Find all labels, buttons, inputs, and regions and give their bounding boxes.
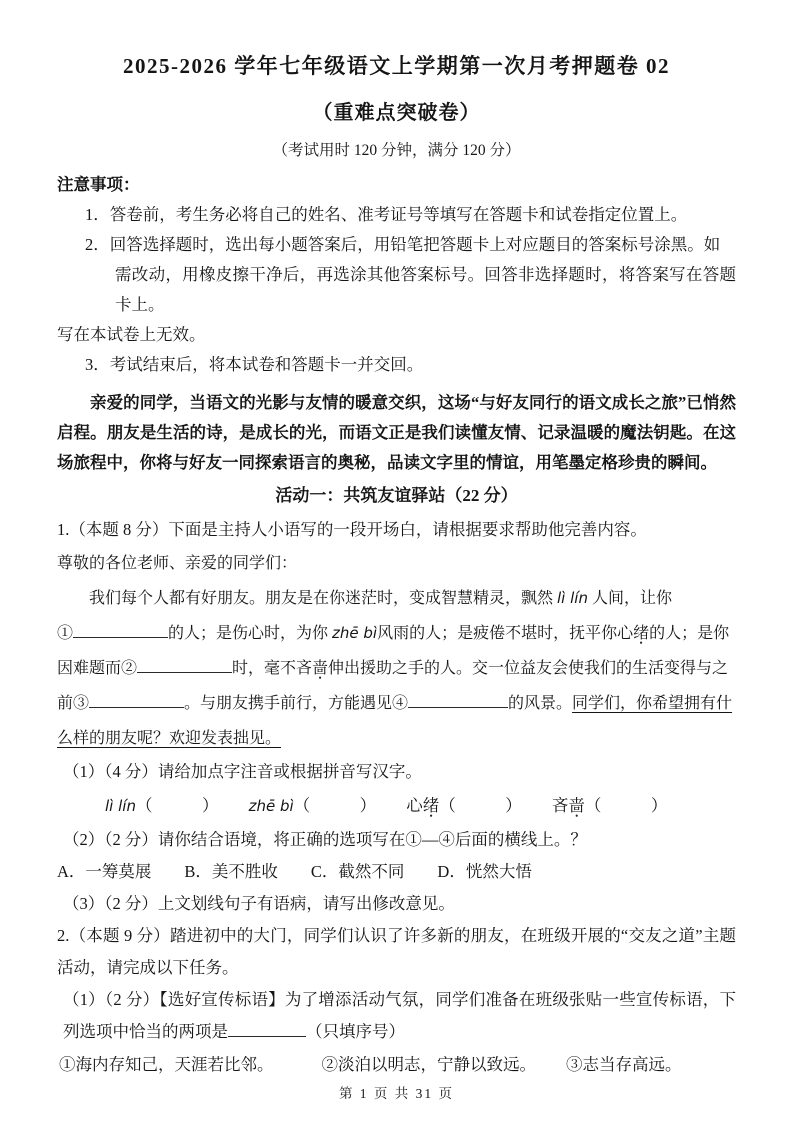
page-footer: 第 1 页 共 31 页 xyxy=(0,1082,793,1102)
notice-item-3: 3．考试结束后，将本试卷和答题卡一并交回。 xyxy=(85,350,736,380)
section-1-heading: 活动一：共筑友谊驿站（22 分） xyxy=(57,480,736,512)
blank-line-4 xyxy=(408,692,508,708)
question-1-speech: 尊敬的各位老师、亲爱的同学们： 我们每个人都有好朋友。朋友是在你迷茫时，变成智慧… xyxy=(57,546,736,756)
question-1-sub-1: （1）（4 分）请给加点字注音或根据拼音写汉字。 xyxy=(57,756,736,788)
speech-text: 前③ xyxy=(57,695,89,712)
pinyin-text: lì lín xyxy=(105,797,136,815)
speech-text: 的风景。 xyxy=(508,695,572,712)
answer-paren: （ ） xyxy=(294,796,377,815)
dotted-char: 绪 xyxy=(633,625,649,642)
question-2-stem: 2.（本题 9 分）踏进初中的大门，同学们认识了许多新的朋友，在班级开展的“交友… xyxy=(57,920,736,984)
speech-text: 时，毫不吝 xyxy=(232,660,312,677)
circled-number-1: ① xyxy=(57,625,73,642)
speech-text: 人间，让你 xyxy=(588,590,672,607)
question-2-sub-1-note: （只填序号） xyxy=(306,1022,405,1041)
speech-text: 风雨的人；是疲倦不堪时，抚平你心 xyxy=(377,625,633,642)
blank-line-1 xyxy=(73,622,168,638)
notice-item-2-line-1: 2．回答选择题时，选出每小题答案后，用铅笔把答题卡上对应题目的答案标号涂黑。如 xyxy=(85,230,736,260)
speech-line-4: 因难题而②时，毫不吝啬伸出援助之手的人。交一位益友会使我们的生活变得与之 xyxy=(57,651,736,686)
pinyin-group-1: lì lín（ ） xyxy=(105,796,218,815)
answer-paren: （ ） xyxy=(136,796,219,815)
notice-item-2-line-2: 需改动，用橡皮擦干净后，再选涂其他答案标号。回答非选择题时，将答案写在答题卡上。 xyxy=(115,260,736,320)
speech-line-5: 前③。与朋友携手前行，方能遇见④的风景。同学们，你希望拥有什 xyxy=(57,686,736,721)
notice-item-2-line-3: 写在本试卷上无效。 xyxy=(57,320,736,350)
exam-paper-page: 2025-2026 学年七年级语文上学期第一次月考押题卷 02 （重难点突破卷）… xyxy=(0,0,793,1122)
speech-greeting: 尊敬的各位老师、亲爱的同学们： xyxy=(57,546,736,581)
intro-paragraph: 亲爱的同学，当语文的光影与友情的暖意交织，这场“与好友同行的语文成长之旅”已悄然… xyxy=(57,388,736,478)
speech-text: 。与朋友携手前行，方能遇见④ xyxy=(184,695,408,712)
question-2-option-row: ①海内存知己，天涯若比邻。 ②淡泊以明志，宁静以致远。 ③志当存高远。 xyxy=(57,1048,736,1082)
pinyin-answer-row: lì lín（ ） zhē bì（ ） 心绪（ ） 吝啬（ ） xyxy=(57,788,736,824)
speech-text: 伸出援助之手的人。交一位益友会使我们的生活变得与之 xyxy=(328,660,728,677)
speech-text: 的人；是伤心时，为你 xyxy=(168,625,332,642)
question-1-stem: 1.（本题 8 分）下面是主持人小语写的一段开场白，请根据要求帮助他完善内容。 xyxy=(57,514,736,546)
word-group-2: 吝啬（ ） xyxy=(552,796,668,815)
dotted-char: 绪 xyxy=(423,796,440,815)
dotted-char: 啬 xyxy=(568,796,585,815)
exam-info: （考试用时 120 分钟，满分 120 分） xyxy=(57,138,736,160)
pinyin-group-2: zhē bì（ ） xyxy=(249,796,377,815)
speech-line-6: 么样的朋友呢？欢迎发表拙见。 xyxy=(57,721,736,756)
notices-section: 注意事项： 1．答卷前，考生务必将自己的姓名、准考证号等填写在答题卡和试卷指定位… xyxy=(57,170,736,380)
dotted-char: 啬 xyxy=(312,660,328,677)
q2-option-2: ②淡泊以明志，宁静以致远。 xyxy=(322,1048,537,1082)
q2-option-3: ③志当存高远。 xyxy=(566,1048,682,1082)
word-text: 吝 xyxy=(552,796,569,815)
word-group-1: 心绪（ ） xyxy=(406,796,522,815)
pinyin-text: zhē bì xyxy=(332,624,377,642)
speech-text: 我们每个人都有好朋友。朋友是在你迷茫时，变成智慧精灵，飘然 xyxy=(89,590,557,607)
blank-line-3 xyxy=(89,692,184,708)
page-title: 2025-2026 学年七年级语文上学期第一次月考押题卷 02 xyxy=(57,50,736,80)
pinyin-text: lì lín xyxy=(557,589,588,607)
underlined-sentence: 么样的朋友呢？欢迎发表拙见。 xyxy=(57,730,281,747)
blank-line-2 xyxy=(137,657,232,673)
page-subtitle: （重难点突破卷） xyxy=(57,96,736,125)
speech-text: 的人；是你 xyxy=(649,625,729,642)
question-1-sub-2: （2）（2 分）请你结合语境，将正确的选项写在①—④后面的横线上。？ xyxy=(57,824,736,856)
notice-item-1: 1．答卷前，考生务必将自己的姓名、准考证号等填写在答题卡和试卷指定位置上。 xyxy=(85,200,736,230)
blank-line-answer xyxy=(228,1021,306,1037)
question-1-sub-2-options: A．一筹莫展 B．美不胜收 C．截然不同 D．恍然大悟 xyxy=(57,856,736,888)
answer-paren: （ ） xyxy=(439,796,522,815)
answer-paren: （ ） xyxy=(585,796,668,815)
speech-line-3: ①的人；是伤心时，为你 zhē bì风雨的人；是疲倦不堪时，抚平你心绪的人；是你 xyxy=(57,616,736,651)
speech-line-2: 我们每个人都有好朋友。朋友是在你迷茫时，变成智慧精灵，飘然 lì lín 人间，… xyxy=(57,581,736,616)
question-2-sub-1: （1）（2 分）【选好宣传标语】为了增添活动气氛，同学们准备在班级张贴一些宣传标… xyxy=(57,984,736,1048)
word-text: 心 xyxy=(406,796,423,815)
speech-text: 因难题而② xyxy=(57,660,137,677)
q2-option-1: ①海内存知己，天涯若比邻。 xyxy=(59,1048,274,1082)
underlined-sentence: 同学们，你希望拥有什 xyxy=(572,695,732,712)
question-1-sub-3: （3）（2 分）上文划线句子有语病，请写出修改意见。 xyxy=(57,888,736,920)
notices-heading: 注意事项： xyxy=(57,170,736,200)
pinyin-text: zhē bì xyxy=(249,797,294,815)
